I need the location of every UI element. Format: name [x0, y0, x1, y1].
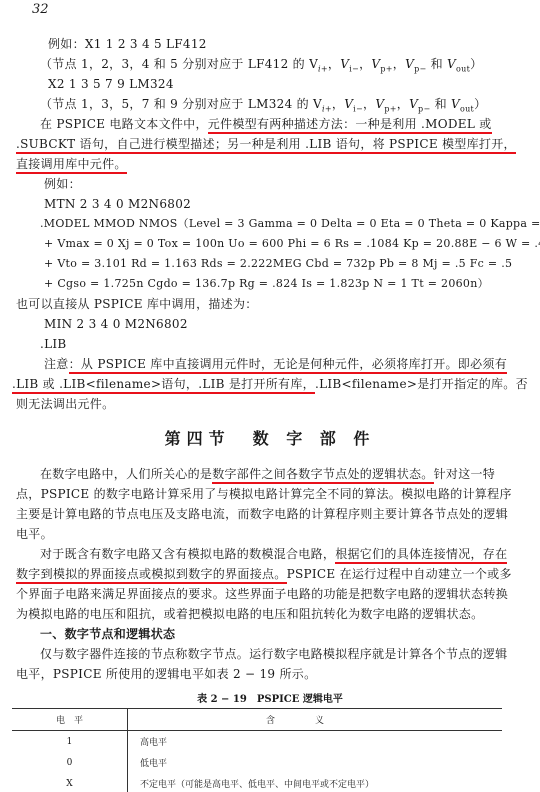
note-line: 注意：从 PSPICE 库中直接调用元件时，无论是何种元件，必须将库打开。即必须… — [44, 356, 507, 372]
x2-note: （节点 1，3，5，7 和 9 分别对应于 LM324 的 Vi+，Vi−，Vp… — [40, 96, 486, 117]
underline-annotation: 元件模型有两种描述方法：一种是利用 .MODEL 或 — [208, 117, 492, 134]
model-methods-line: 在 PSPICE 电路文本文件中，元件模型有两种描述方法：一种是利用 .MODE… — [40, 116, 492, 132]
note-end-line: 则无法调出元件。 — [16, 396, 114, 412]
section-heading: 第四节 数 字 部 件 — [0, 426, 540, 449]
node-para-2: 电平，PSPICE 所使用的逻辑电平如表 2 − 19 所示。 — [16, 666, 316, 682]
x1-note: （节点 1，2，3，4 和 5 分别对应于 LF412 的 Vi+，Vi−，Vp… — [40, 56, 482, 77]
page-number: 32 — [32, 2, 49, 17]
example-label: 例如： — [44, 176, 81, 192]
underline-annotation: 直接调用库中元件。 — [16, 157, 127, 174]
underline-annotation: 根据它们的具体连接情况，存在 — [335, 547, 507, 564]
table-row: X 不定电平（可能是高电平、低电平、中间电平或不定电平） — [12, 773, 502, 792]
digital-para-3: 主要是计算电路的节点电压及支路电流，而数字电路的计算程序则主要计算各节点处的逻辑 — [16, 506, 508, 522]
direct-call-line: 直接调用库中元件。 — [16, 156, 127, 172]
node-para-1: 仅与数字器件连接的节点称数字节点。运行数字电路模拟程序就是计算各个节点的逻辑 — [40, 646, 507, 662]
underline-annotation: .SUBCKT 语句，自己进行模型描述； — [16, 137, 227, 154]
digital-para-2: 点，PSPICE 的数字电路计算采用了与模拟电路计算完全不同的算法。模拟电路的计… — [16, 486, 512, 502]
header-level: 电 平 — [12, 709, 128, 731]
mtn-line: MTN 2 3 4 0 M2N6802 — [44, 196, 191, 212]
lib-line: .LIB — [40, 336, 67, 352]
table-row: 1 高电平 — [12, 731, 502, 753]
lib-syntax-line: .LIB 或 .LIB<filename>语句，.LIB 是打开所有库，.LIB… — [12, 376, 528, 392]
table-header-row: 电 平 含义 — [12, 709, 502, 731]
model-params-1: + Vmax = 0 Xj = 0 Tox = 100n Uo = 600 Ph… — [44, 236, 540, 252]
example-x2: X2 1 3 5 7 9 LM324 — [48, 76, 174, 92]
mixed-para-4: 为模拟电路的电压和阻抗，或着把模拟电路的电压和阻抗转化为数字电路的逻辑状态。 — [16, 606, 483, 622]
model-params-3: + Cgso = 1.725n Cgdo = 136.7p Rg = .824 … — [44, 276, 489, 292]
underline-annotation: .LIB 或 .LIB<filename>语句，.LIB 是打开所有库， — [12, 377, 315, 394]
table-caption: 表 2 − 19 PSPICE 逻辑电平 — [0, 690, 540, 705]
example-x1: 例如：X1 1 2 3 4 5 LF412 — [48, 36, 207, 52]
subsection-heading: 一、数字节点和逻辑状态 — [40, 626, 175, 642]
underline-annotation: 数字到模拟的界面接点或模拟到数字的界面接点。 — [16, 567, 287, 584]
model-line: .MODEL MMOD NMOS（Level = 3 Gamma = 0 Del… — [40, 216, 540, 232]
mixed-para-1: 对于既含有数字电路又含有模拟电路的数模混合电路，根据它们的具体连接情况，存在 — [40, 546, 507, 562]
logic-level-table: 电 平 含义 1 高电平 0 低电平 X 不定电平（可能是高电平、低电平、中间电… — [12, 708, 502, 792]
subckt-line: .SUBCKT 语句，自己进行模型描述；另一种是利用 .LIB 语句，将 PSP… — [16, 136, 516, 152]
table-row: 0 低电平 — [12, 752, 502, 773]
mixed-para-3: 个界面子电路来满足界面接点的要求。这些界面子电路的功能是把数字电路的逻辑状态转换 — [16, 586, 508, 602]
mixed-para-2: 数字到模拟的界面接点或模拟到数字的界面接点。PSPICE 在运行过程中自动建立一… — [16, 566, 512, 582]
lib-call-intro: 也可以直接从 PSPICE 库中调用，描述为： — [16, 296, 258, 312]
digital-para-1: 在数字电路中，人们所关心的是数字部件之间各数字节点处的逻辑状态。针对这一特 — [40, 466, 495, 482]
header-meaning: 含义 — [128, 709, 503, 731]
digital-para-4: 电平。 — [16, 526, 53, 542]
underline-annotation: 数字部件之间各数字节点处的逻辑状态。 — [212, 467, 433, 484]
min-line: MIN 2 3 4 0 M2N6802 — [44, 316, 188, 332]
model-params-2: + Vto = 3.101 Rd = 1.163 Rds = 2.222MEG … — [44, 256, 512, 272]
underline-annotation: ：从 PSPICE 库中直接调用元件时，无论是何种元件，必须将库打开。即必须有 — [69, 357, 507, 374]
underline-annotation: 另一种是利用 .LIB 语句，将 PSPICE 模型库打开， — [227, 137, 516, 154]
